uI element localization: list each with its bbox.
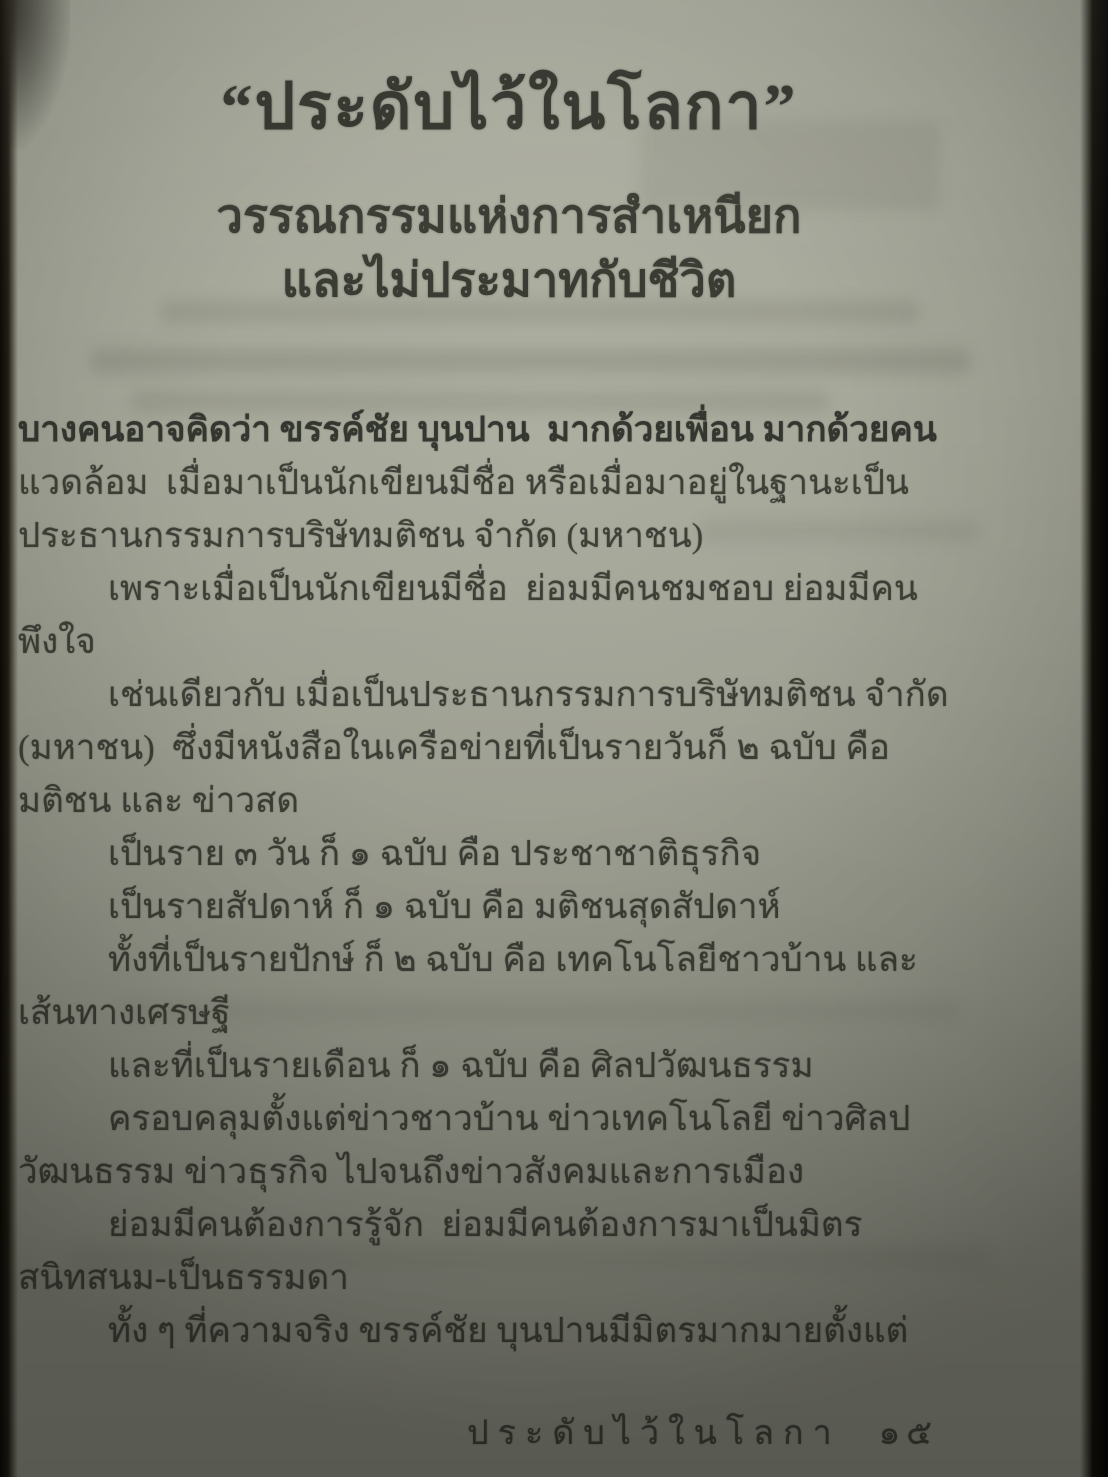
- body-text: บางคนอาจคิดว่า ขรรค์ชัย บุนปาน มากด้วยเพ…: [18, 403, 1108, 1357]
- subtitle-line-2: และไม่ประมาทกับชีวิต: [60, 249, 958, 313]
- photo-edge-right: [1080, 0, 1108, 1477]
- page-footer: ประดับไว้ในโลกา๑๕: [60, 1405, 938, 1459]
- book-page-photo: “ประดับไว้ในโลกา” วรรณกรรมแห่งการสำเหนีย…: [0, 0, 1108, 1477]
- body-line: แวดล้อม เมื่อมาเป็นนักเขียนมีชื่อ หรือเม…: [18, 456, 1108, 509]
- body-line: ทั้ง ๆ ที่ความจริง ขรรค์ชัย บุนปานมีมิตร…: [18, 1304, 1108, 1357]
- body-line: ทั้งที่เป็นรายปักษ์ ก็ ๒ ฉบับ คือ เทคโนโ…: [18, 933, 1108, 986]
- body-line: ครอบคลุมตั้งแต่ข่าวชาวบ้าน ข่าวเทคโนโลยี…: [18, 1092, 1108, 1145]
- body-line: มติชน และ ข่าวสด: [18, 774, 1108, 827]
- body-line: เป็นรายสัปดาห์ ก็ ๑ ฉบับ คือ มติชนสุดสัป…: [18, 880, 1108, 933]
- photo-edge-left: [0, 0, 18, 1477]
- bleed-through-artifact: [90, 348, 970, 374]
- body-line: เช่นเดียวกับ เมื่อเป็นประธานกรรมการบริษั…: [18, 668, 1108, 721]
- body-line: เส้นทางเศรษฐี: [18, 986, 1108, 1039]
- footer-page-number: ๑๕: [879, 1405, 938, 1459]
- body-line: (มหาชน) ซึ่งมีหนังสือในเครือข่ายที่เป็นร…: [18, 721, 1108, 774]
- body-line: พึงใจ: [18, 615, 1108, 668]
- body-line: สนิทสนม-เป็นธรรมดา: [18, 1251, 1108, 1304]
- subtitle-line-1: วรรณกรรมแห่งการสำเหนียก: [60, 185, 958, 249]
- body-line: ย่อมมีคนต้องการรู้จัก ย่อมมีคนต้องการมาเ…: [18, 1198, 1108, 1251]
- body-line: และที่เป็นรายเดือน ก็ ๑ ฉบับ คือ ศิลปวัฒ…: [18, 1039, 1108, 1092]
- footer-running-title: ประดับไว้ในโลกา: [467, 1415, 841, 1452]
- page-title: “ประดับไว้ในโลกา”: [60, 55, 958, 157]
- page-subtitle: วรรณกรรมแห่งการสำเหนียก และไม่ประมาทกับช…: [60, 185, 958, 313]
- body-line: ประธานกรรมการบริษัทมติชน จำกัด (มหาชน): [18, 509, 1108, 562]
- page-content: “ประดับไว้ในโลกา” วรรณกรรมแห่งการสำเหนีย…: [60, 0, 958, 313]
- body-line: เพราะเมื่อเป็นนักเขียนมีชื่อ ย่อมมีคนชมช…: [18, 562, 1108, 615]
- body-line: เป็นราย ๓ วัน ก็ ๑ ฉบับ คือ ประชาชาติธุร…: [18, 827, 1108, 880]
- body-line: บางคนอาจคิดว่า ขรรค์ชัย บุนปาน มากด้วยเพ…: [18, 403, 1108, 456]
- body-line: วัฒนธรรม ข่าวธุรกิจ ไปจนถึงข่าวสังคมและก…: [18, 1145, 1108, 1198]
